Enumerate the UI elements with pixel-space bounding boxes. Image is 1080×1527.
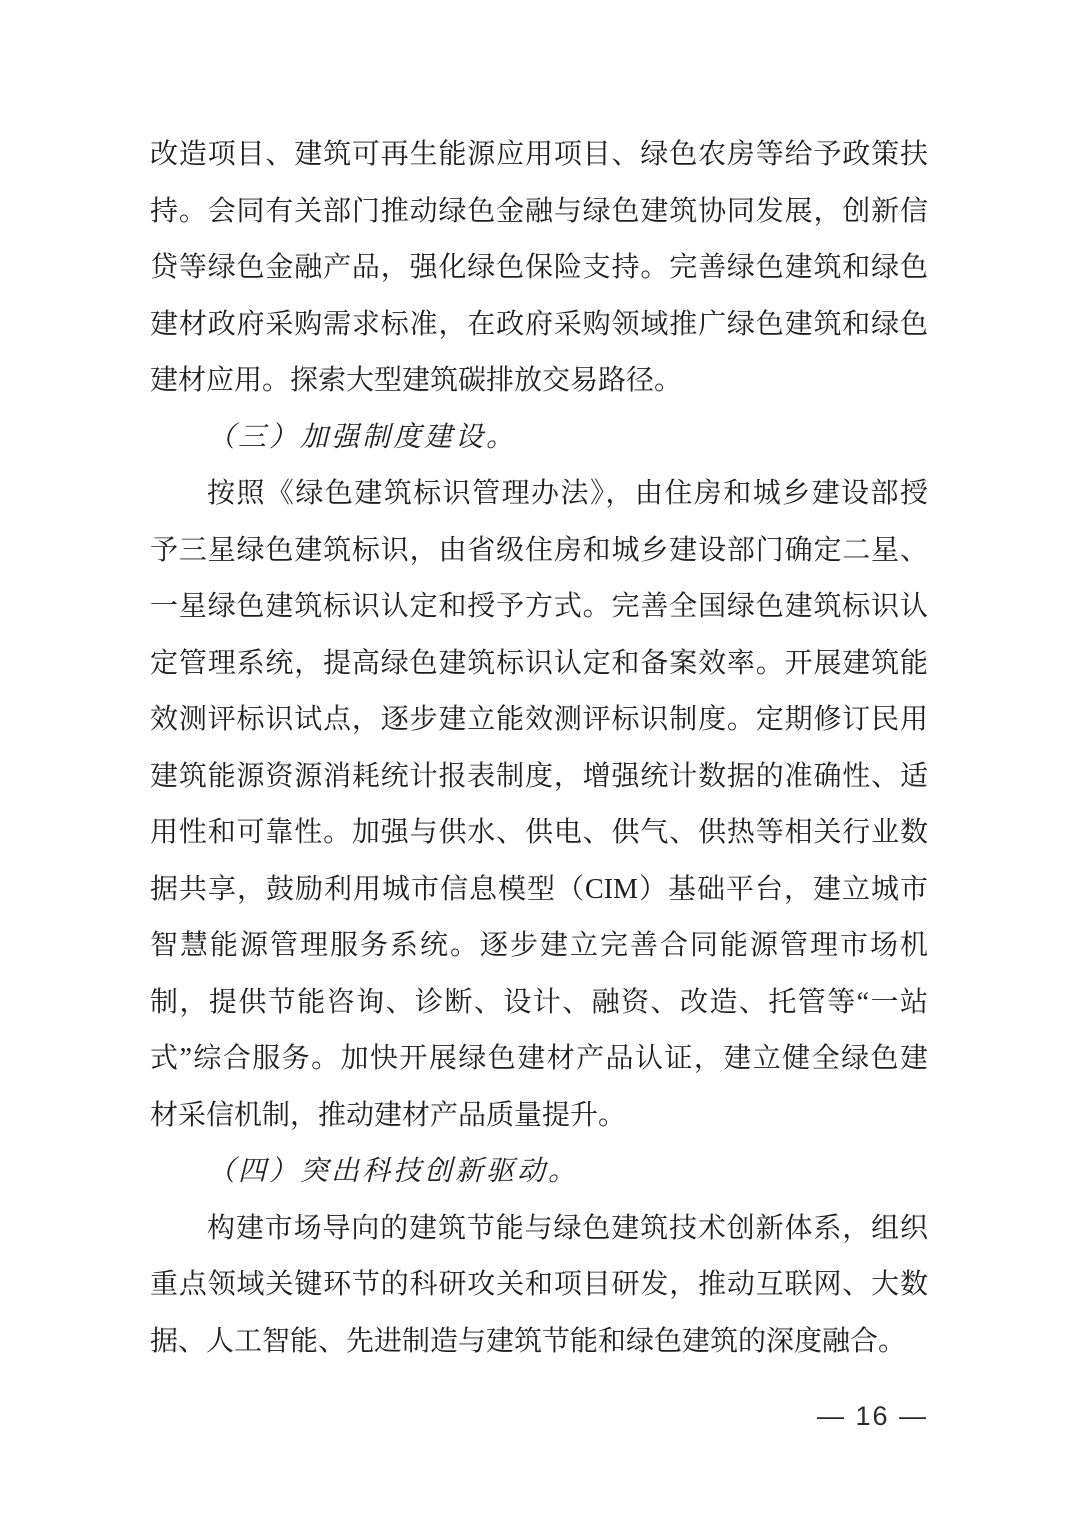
text-line: 改造项目、建筑可再生能源应用项目、绿色农房等给予政策扶: [150, 127, 928, 184]
text-line: 建材应用。探索大型建筑碳排放交易路径。: [150, 353, 928, 410]
text-line: 效测评标识试点，逐步建立能效测评标识制度。定期修订民用: [150, 692, 928, 749]
page-number: — 16 —: [817, 1396, 928, 1436]
document-page: 改造项目、建筑可再生能源应用项目、绿色农房等给予政策扶持。会同有关部门推动绿色金…: [0, 0, 1080, 1527]
text-line: 持。会同有关部门推动绿色金融与绿色建筑协同发展，创新信: [150, 184, 928, 241]
text-line: 一星绿色建筑标识认定和授予方式。完善全国绿色建筑标识认: [150, 579, 928, 636]
text-line: 建材政府采购需求标准，在政府采购领域推广绿色建筑和绿色: [150, 297, 928, 354]
text-line: 用性和可靠性。加强与供水、供电、供气、供热等相关行业数: [150, 805, 928, 862]
document-body: 改造项目、建筑可再生能源应用项目、绿色农房等给予政策扶持。会同有关部门推动绿色金…: [150, 127, 928, 1370]
text-line: 制，提供节能咨询、诊断、设计、融资、改造、托管等“一站: [150, 975, 928, 1032]
text-line: 建筑能源资源消耗统计报表制度，增强统计数据的准确性、适: [150, 749, 928, 806]
text-line: 据、人工智能、先进制造与建筑节能和绿色建筑的深度融合。: [150, 1314, 928, 1371]
text-line: 予三星绿色建筑标识，由省级住房和城乡建设部门确定二星、: [150, 523, 928, 580]
text-line: 材采信机制，推动建材产品质量提升。: [150, 1088, 928, 1145]
text-line: 式”综合服务。加快开展绿色建材产品认证，建立健全绿色建: [150, 1031, 928, 1088]
text-line: 按照《绿色建筑标识管理办法》，由住房和城乡建设部授: [150, 466, 928, 523]
text-line: 重点领域关键环节的科研攻关和项目研发，推动互联网、大数: [150, 1257, 928, 1314]
text-line: 定管理系统，提高绿色建筑标识认定和备案效率。开展建筑能: [150, 636, 928, 693]
text-line: 构建市场导向的建筑节能与绿色建筑技术创新体系，组织: [150, 1201, 928, 1258]
text-line: 据共享，鼓励利用城市信息模型（CIM）基础平台，建立城市: [150, 862, 928, 919]
section-heading: （三）加强制度建设。: [150, 410, 928, 467]
text-line: 智慧能源管理服务系统。逐步建立完善合同能源管理市场机: [150, 918, 928, 975]
section-heading: （四）突出科技创新驱动。: [150, 1144, 928, 1201]
text-line: 贷等绿色金融产品，强化绿色保险支持。完善绿色建筑和绿色: [150, 240, 928, 297]
